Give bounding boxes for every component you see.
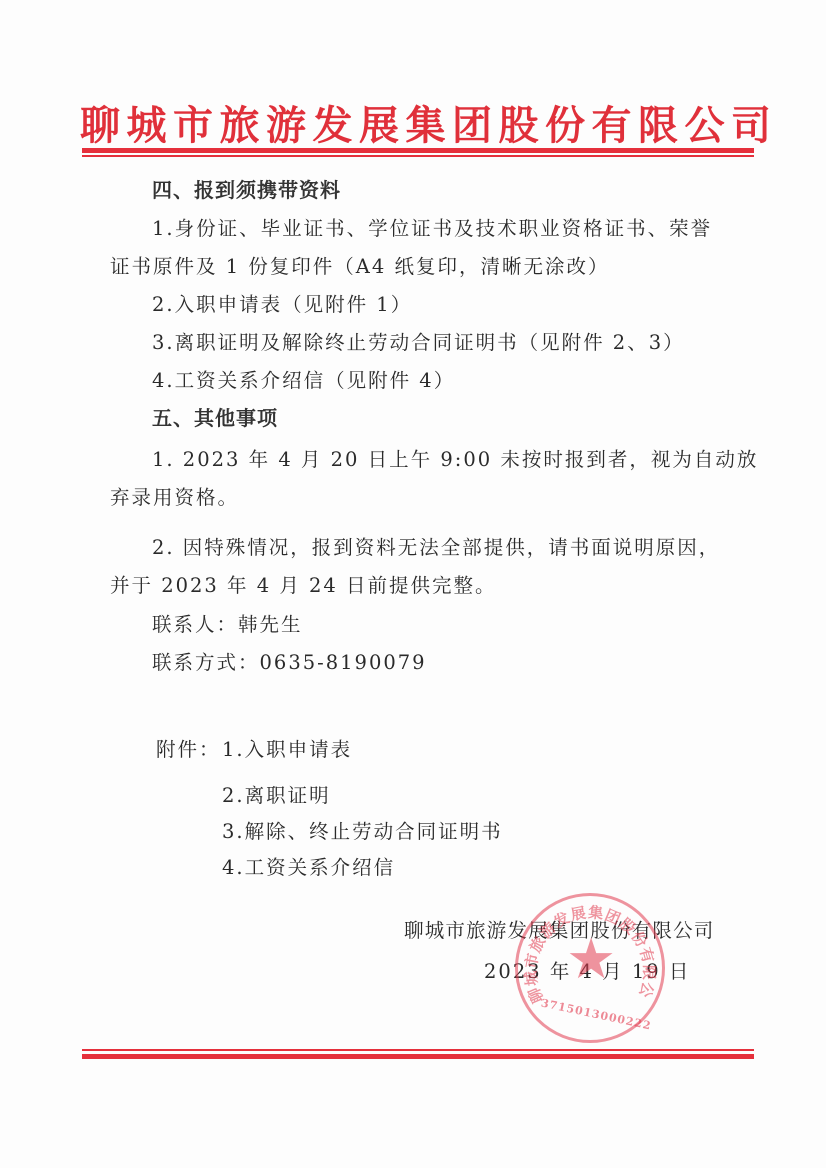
letterhead-title: 聊城市旅游发展集团股份有限公司 xyxy=(80,98,752,154)
header-rule-thin xyxy=(82,155,754,157)
body-line: 2. 因特殊情况，报到资料无法全部提供，请书面说明原因， xyxy=(152,534,720,562)
body-line: 并于 2023 年 4 月 24 日前提供完整。 xyxy=(110,572,497,600)
body-line: 1.身份证、毕业证书、学位证书及技术职业资格证书、荣誉 xyxy=(152,215,712,243)
body-line: 证书原件及 1 份复印件（A4 纸复印，清晰无涂改） xyxy=(110,253,610,281)
body-line: 2.入职申请表（见附件 1） xyxy=(152,291,412,319)
contact-person: 联系人：韩先生 xyxy=(152,611,303,639)
svg-text:聊城市旅游发展集团股份有限公司: 聊城市旅游发展集团股份有限公司 xyxy=(518,896,658,1006)
contact-phone-value: 0635-8190079 xyxy=(260,651,427,674)
attachment-item: 1.入职申请表 xyxy=(222,736,352,764)
header-rule-thick xyxy=(82,148,754,153)
body-line: 3.离职证明及解除终止劳动合同证明书（见附件 2、3） xyxy=(152,329,685,357)
section-heading-other: 五、其他事项 xyxy=(152,404,278,432)
footer-rule-thick xyxy=(82,1054,754,1059)
contact-person-label: 联系人： xyxy=(152,613,238,636)
signature-company: 聊城市旅游发展集团股份有限公司 xyxy=(404,917,715,945)
attachment-item: 3.解除、终止劳动合同证明书 xyxy=(222,818,503,846)
body-line: 弃录用资格。 xyxy=(110,484,239,512)
body-line: 1. 2023 年 4 月 20 日上午 9:00 未按时报到者，视为自动放 xyxy=(152,446,758,474)
section-heading-materials: 四、报到须携带资料 xyxy=(152,176,341,204)
footer-rule-thin xyxy=(82,1049,754,1051)
attachments-label: 附件： xyxy=(156,736,221,764)
seal-code: 3715013000222 xyxy=(540,996,653,1032)
signature-date: 2023 年 4 月 19 日 xyxy=(484,958,690,986)
attachment-item: 4.工资关系介绍信 xyxy=(222,854,395,882)
contact-person-value: 韩先生 xyxy=(238,613,303,636)
contact-phone: 联系方式：0635-8190079 xyxy=(152,649,427,677)
contact-phone-label: 联系方式： xyxy=(152,651,260,674)
body-line: 4.工资关系介绍信（见附件 4） xyxy=(152,367,455,395)
attachment-item: 2.离职证明 xyxy=(222,782,331,810)
